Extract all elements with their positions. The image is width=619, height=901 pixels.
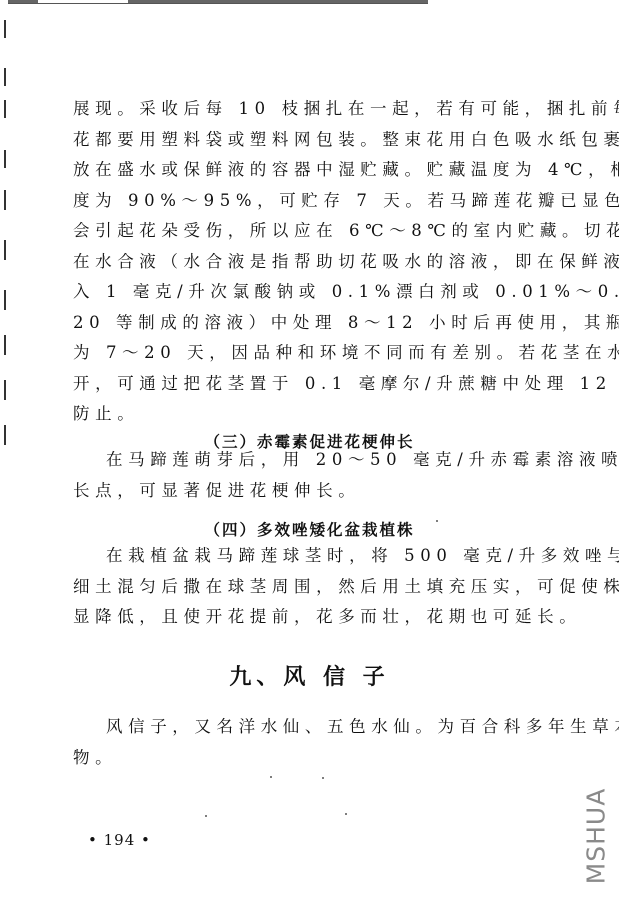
text-line: 入 1 毫克/升次氯酸钠或 0.1%漂白剂或 0.01%～0.1%吐温 xyxy=(73,277,546,308)
scan-speck xyxy=(205,815,207,817)
margin-mark xyxy=(4,335,6,355)
text-line: 显降低，且使开花提前，花多而壮，花期也可延长。 xyxy=(73,602,546,633)
text-line: 在马蹄莲萌芽后，用 20～50 毫克/升赤霉素溶液喷洒生 xyxy=(73,445,546,476)
section-heading-paclobutrazol: （四）多效唑矮化盆栽植株 xyxy=(73,518,546,540)
text-line: 度为 90%～95%，可贮存 7 天。若马蹄莲花瓣已显色，因低温 xyxy=(73,186,546,217)
margin-mark xyxy=(4,150,6,168)
chapter-heading-hyacinth: 九、风 信 子 xyxy=(73,660,546,691)
text-line: 物。 xyxy=(73,743,546,774)
text-line: 花都要用塑料袋或塑料网包装。整束花用白色吸水纸包裹后 xyxy=(73,125,546,156)
scan-speck xyxy=(345,813,347,815)
margin-mark xyxy=(4,380,6,400)
scan-speck xyxy=(270,776,272,778)
margin-mark xyxy=(4,240,6,260)
text-line: 细土混匀后撒在球茎周围，然后用土填充压实，可促使株高明 xyxy=(73,572,546,603)
text-line: 放在盛水或保鲜液的容器中湿贮藏。贮藏温度为 4℃，相对湿 xyxy=(73,155,546,186)
paragraph-continuation: 展现。采收后每 10 枝捆扎在一起，若有可能，捆扎前每一枝切 花都要用塑料袋或塑… xyxy=(73,94,546,430)
text-line: 防止。 xyxy=(73,399,546,430)
text-line: 为 7～20 天，因品种和环境不同而有差别。若花茎在水中裂 xyxy=(73,338,546,369)
text-line: 在栽植盆栽马蹄莲球茎时，将 500 毫克/升多效唑与少量 xyxy=(73,541,546,572)
top-scan-rule xyxy=(8,0,428,4)
text-line: 在水合液（水合液是指帮助切花吸水的溶液，即在保鲜液中加 xyxy=(73,247,546,278)
text-line: 会引起花朵受伤，所以应在 6℃～8℃的室内贮藏。切花一般 xyxy=(73,216,546,247)
page-number: • 194 • xyxy=(88,831,151,849)
scan-speck xyxy=(444,386,446,388)
text-line: 风信子，又名洋水仙、五色水仙。为百合科多年生草本植 xyxy=(73,712,546,743)
margin-mark xyxy=(4,20,6,38)
text-line: 展现。采收后每 10 枝捆扎在一起，若有可能，捆扎前每一枝切 xyxy=(73,94,546,125)
scan-speck xyxy=(322,777,324,779)
text-line: 长点，可显著促进花梗伸长。 xyxy=(73,476,546,507)
margin-mark xyxy=(4,190,6,210)
margin-mark xyxy=(4,425,6,445)
margin-mark xyxy=(4,100,6,118)
text-line: 20 等制成的溶液）中处理 8～12 小时后再使用，其瓶插寿命 xyxy=(73,308,546,339)
scan-speck xyxy=(436,520,438,522)
margin-mark xyxy=(4,290,6,310)
paragraph-gibberellin: 在马蹄莲萌芽后，用 20～50 毫克/升赤霉素溶液喷洒生 长点，可显著促进花梗伸… xyxy=(73,445,546,506)
paragraph-hyacinth: 风信子，又名洋水仙、五色水仙。为百合科多年生草本植 物。 xyxy=(73,712,546,773)
paragraph-paclobutrazol: 在栽植盆栽马蹄莲球茎时，将 500 毫克/升多效唑与少量 细土混匀后撒在球茎周围… xyxy=(73,541,546,633)
margin-mark xyxy=(4,68,6,86)
text-line: 开，可通过把花茎置于 0.1 毫摩尔/升蔗糖中处理 12 小时来 xyxy=(73,369,546,400)
watermark: MSHUA xyxy=(582,788,611,885)
